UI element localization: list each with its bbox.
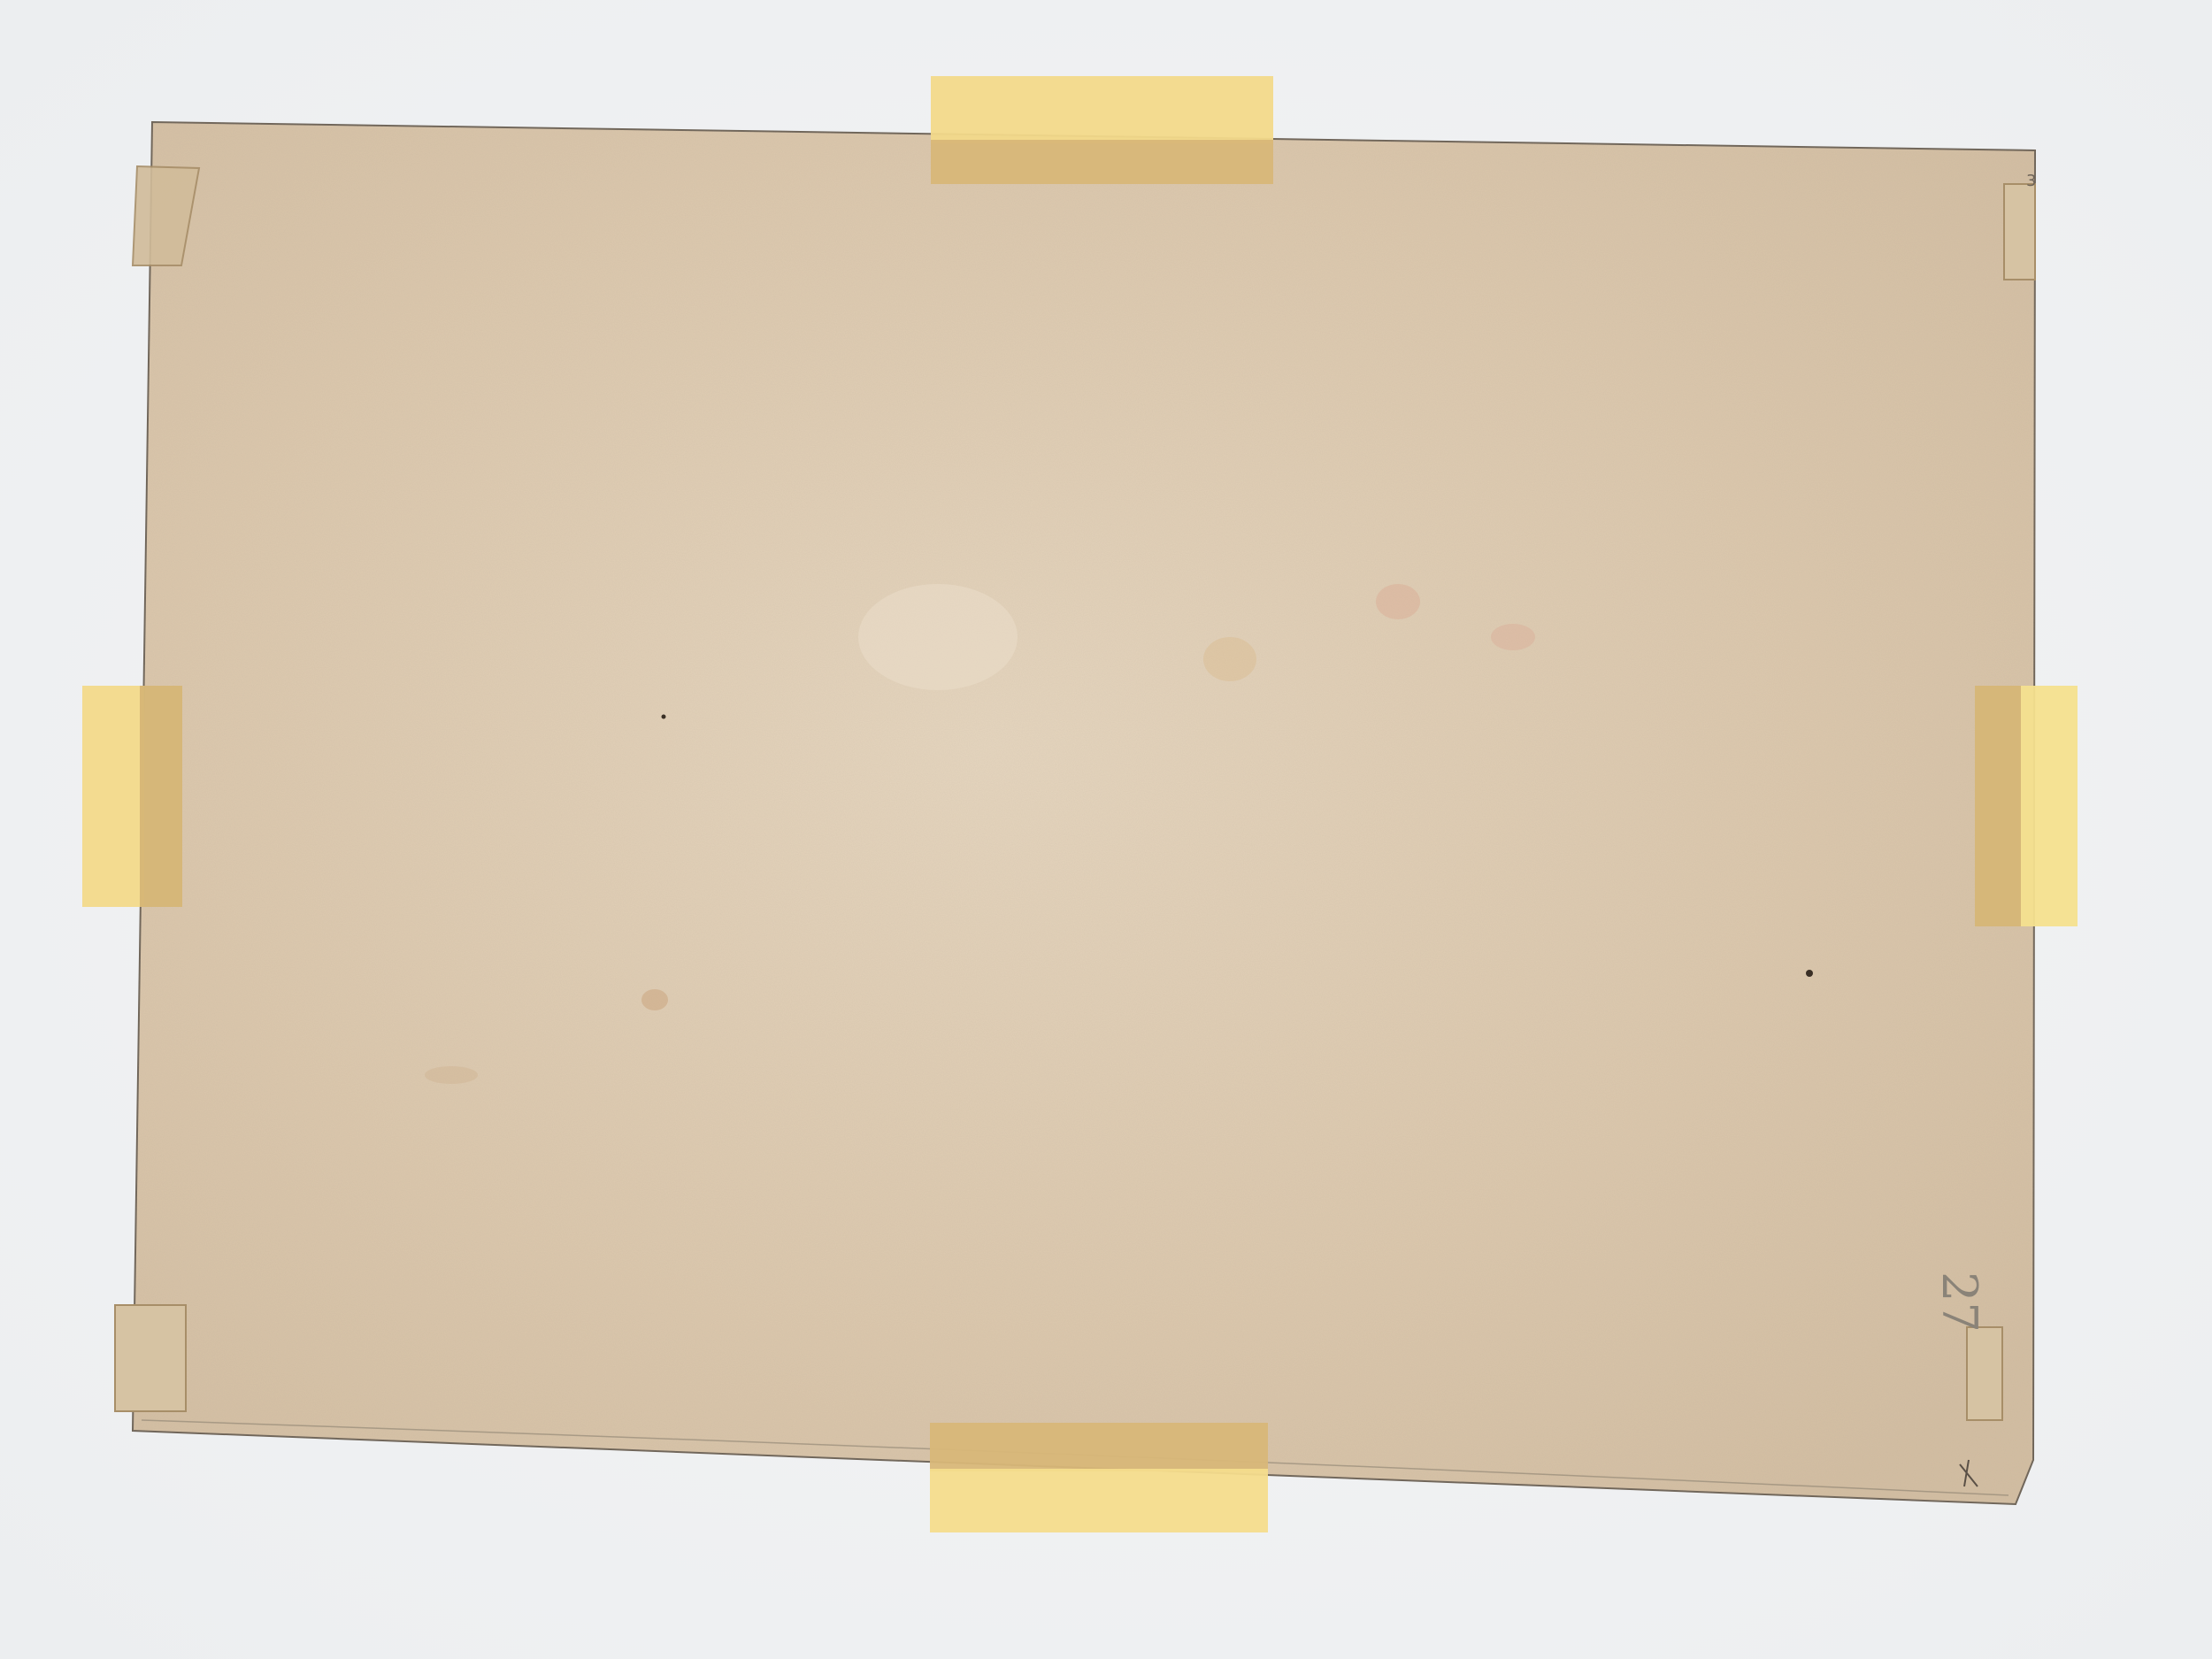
tape-bottom xyxy=(930,1423,1268,1532)
hinge-top-right xyxy=(2004,184,2035,280)
svg-text:3: 3 xyxy=(2026,172,2036,190)
tape-right xyxy=(1975,686,2078,926)
handwritten-number: 27 xyxy=(1932,1271,1987,1333)
paper-sheet: 3 27 xyxy=(0,0,2212,1659)
hinge-bottom-left xyxy=(115,1305,186,1411)
tape-left xyxy=(82,686,182,907)
tape-top xyxy=(931,76,1273,184)
paper-shape: 3 xyxy=(0,0,2212,1659)
hinge-bottom-right xyxy=(1967,1327,2002,1420)
